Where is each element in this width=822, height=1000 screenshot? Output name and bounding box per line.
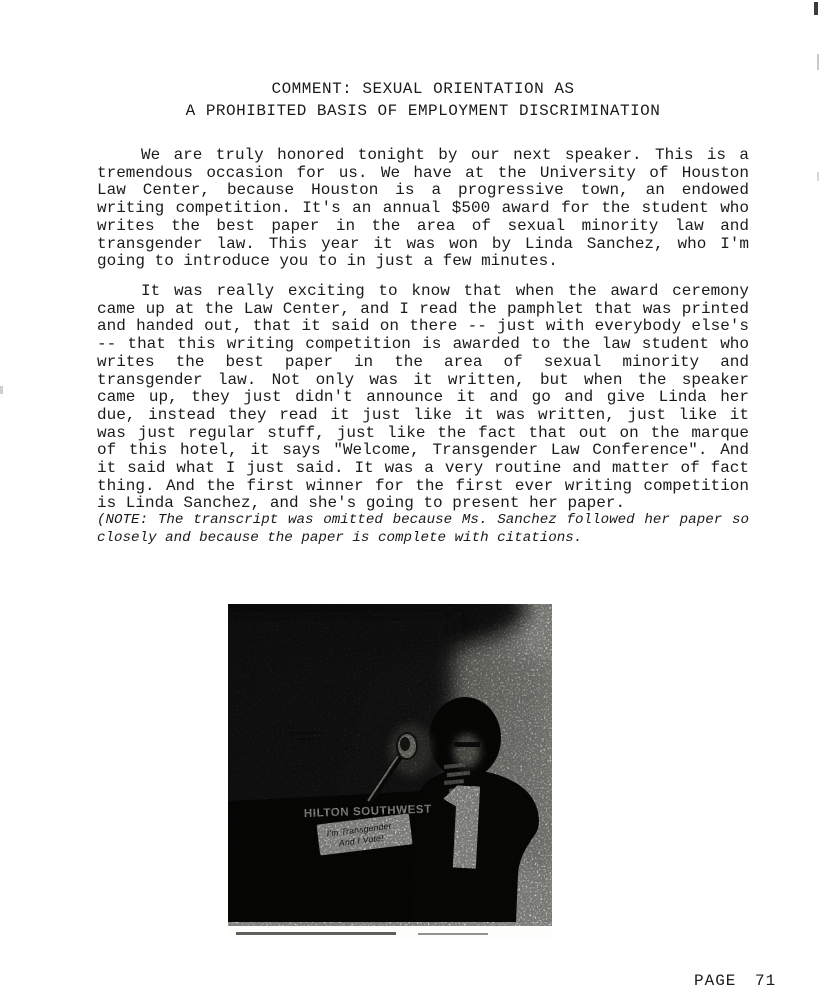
editor-note: (NOTE: The transcript was omitted becaus…	[97, 511, 749, 547]
body-line: It was really exciting to know that when…	[97, 283, 749, 301]
body-line: -- that this writing competition is awar…	[97, 336, 749, 354]
scan-artifact	[0, 386, 3, 394]
body-line: writing competition. It's an annual $500…	[97, 200, 749, 218]
note-line: (NOTE: The transcript was omitted becaus…	[97, 511, 749, 529]
body-line: came up at the Law Center, and I read th…	[97, 301, 749, 319]
photo-illustration: HILTON SOUTHWEST I'm Transgender And I V…	[228, 604, 552, 938]
scan-artifact	[817, 54, 819, 70]
body-line: of this hotel, it says "Welcome, Transge…	[97, 442, 749, 460]
scan-artifact	[817, 172, 819, 181]
body-line: transgender law. This year it was won by…	[97, 236, 749, 254]
photo-bottom-dash	[236, 932, 396, 935]
body-line: it said what I just said. It was a very …	[97, 460, 749, 478]
photo-bottom-dash	[418, 933, 488, 935]
body-line: thing. And the first winner for the firs…	[97, 478, 749, 496]
note-line: closely and because the paper is complet…	[97, 529, 749, 547]
document-page: COMMENT: SEXUAL ORIENTATION AS A PROHIBI…	[0, 0, 822, 1000]
title-line-2: A PROHIBITED BASIS OF EMPLOYMENT DISCRIM…	[97, 100, 749, 122]
scan-artifact	[814, 2, 818, 15]
body-line: and handed out, that it said on there --…	[97, 318, 749, 336]
paragraph-2: It was really exciting to know that when…	[97, 283, 749, 513]
body-line: came up, they just didn't announce it an…	[97, 389, 749, 407]
page-title: COMMENT: SEXUAL ORIENTATION AS A PROHIBI…	[97, 78, 749, 122]
body-line: was just regular stuff, just like the fa…	[97, 425, 749, 443]
body-line: transgender law. Not only was it written…	[97, 372, 749, 390]
body-line: Law Center, because Houston is a progres…	[97, 182, 749, 200]
body-line: tremendous occasion for us. We have at t…	[97, 165, 749, 183]
body-line: We are truly honored tonight by our next…	[97, 147, 749, 165]
paragraph-1: We are truly honored tonight by our next…	[97, 147, 749, 271]
photo-grain	[228, 604, 552, 926]
body-line: due, instead they read it just like it w…	[97, 407, 749, 425]
page-number: PAGE 71	[694, 972, 776, 990]
body-line: writes the best paper in the area of sex…	[97, 354, 749, 372]
body-line: writes the best paper in the area of sex…	[97, 218, 749, 236]
photo-speaker-at-podium: HILTON SOUTHWEST I'm Transgender And I V…	[228, 604, 552, 938]
body-line: going to introduce you to in just a few …	[97, 253, 749, 271]
title-line-1: COMMENT: SEXUAL ORIENTATION AS	[97, 78, 749, 100]
